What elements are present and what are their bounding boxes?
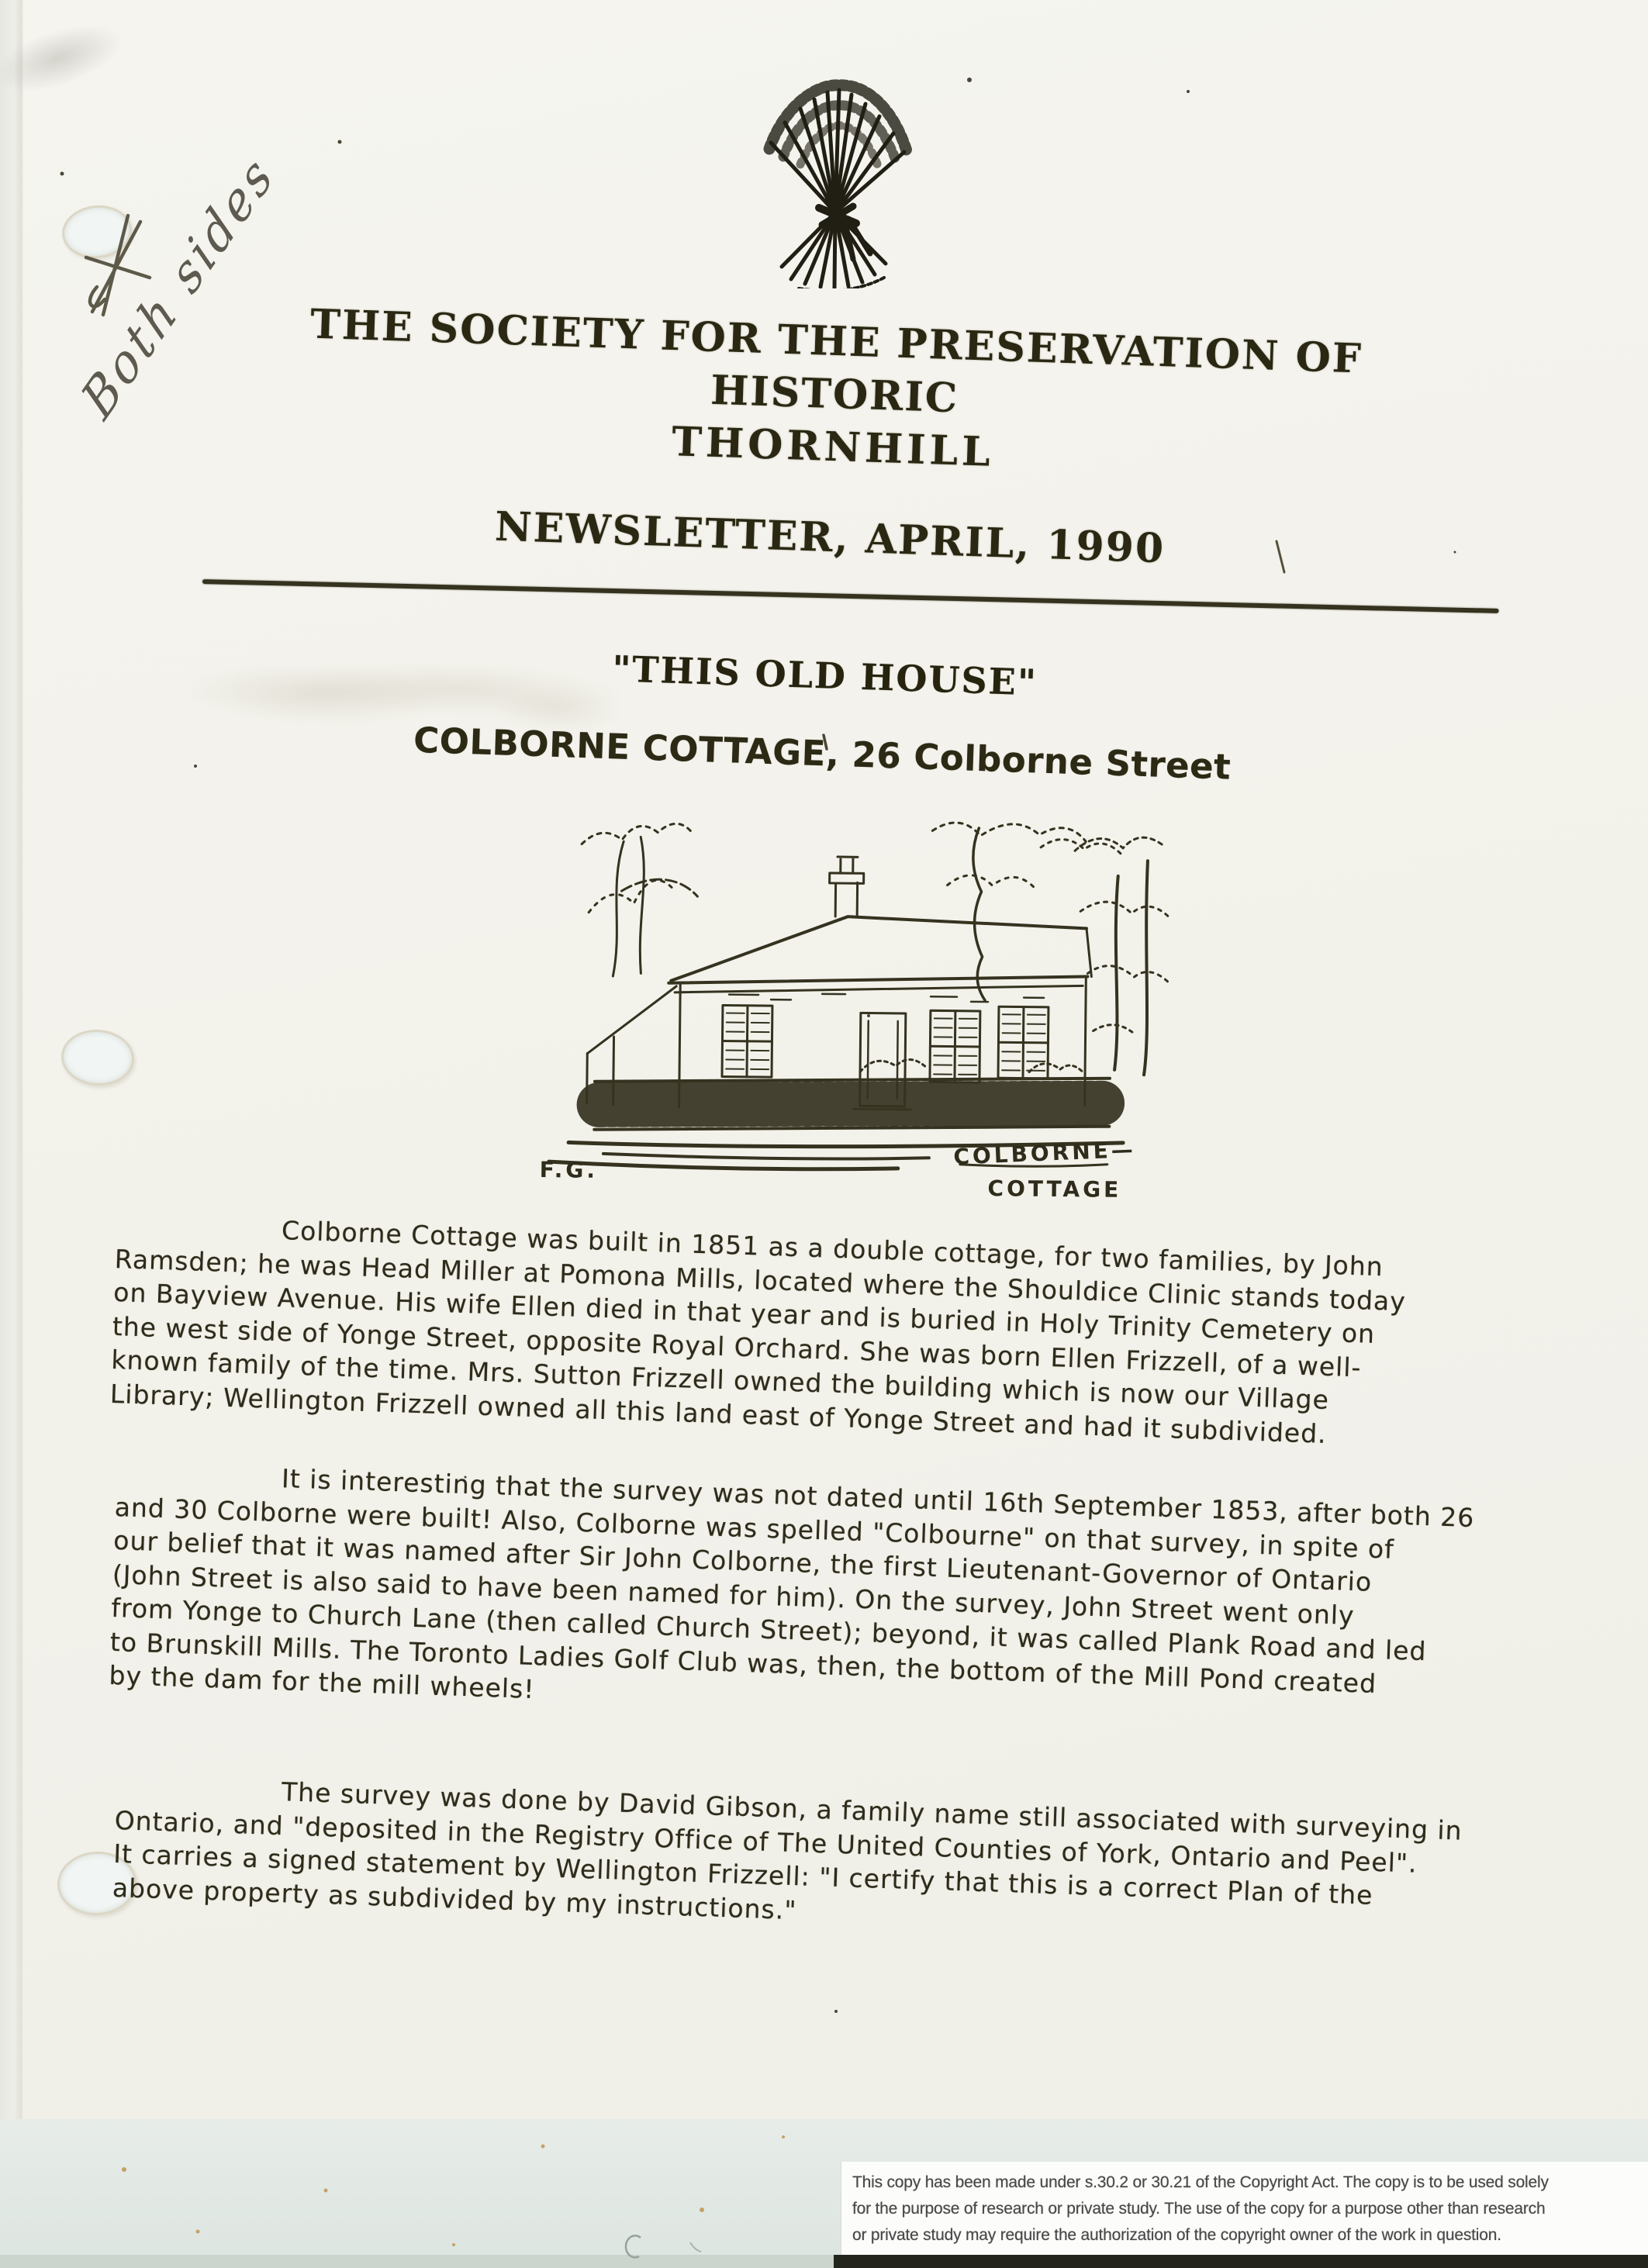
scanned-newsletter-page: Both sides <box>0 0 1648 2268</box>
sketch-credit: F.G. <box>540 1157 599 1183</box>
scan-bottom-edge-dark <box>834 2255 1648 2268</box>
article-subheading: COLBORNE COTTAGE, 26 Colborne Street <box>112 709 1532 799</box>
article-paragraph-1: Colborne Cottage was built in 1851 as a … <box>109 1208 1550 1458</box>
article-paragraph-3: The survey was done by David Gibson, a f… <box>112 1769 1550 1952</box>
scan-bottom-edge-left <box>0 2255 838 2268</box>
wheat-sheaf-icon <box>754 71 921 288</box>
copyright-text: This copy has been made under s.30.2 or … <box>841 2162 1648 2249</box>
scan-left-edge <box>0 0 23 2268</box>
horizontal-rule <box>202 579 1499 613</box>
article-paragraph-2: It is interesting that the survey was no… <box>109 1456 1550 1740</box>
newsletter-date-line: NEWSLETTER, APRIL, 1990 <box>289 494 1370 582</box>
article-heading: "THIS OLD HOUSE" <box>115 630 1535 722</box>
article-header: "THIS OLD HOUSE" COLBORNE COTTAGE, 26 Co… <box>112 630 1535 799</box>
cottage-sketch: F.G. COLBORNE— COTTAGE <box>494 795 1173 1209</box>
header-block: THE SOCIETY FOR THE PRESERVATION OF HIST… <box>289 298 1377 582</box>
copyright-notice: This copy has been made under s.30.2 or … <box>841 2162 1648 2260</box>
punch-hole-middle <box>60 1027 136 1088</box>
sketch-caption-line2: COTTAGE <box>987 1175 1121 1203</box>
sketch-caption-line1: COLBORNE— <box>953 1137 1137 1170</box>
